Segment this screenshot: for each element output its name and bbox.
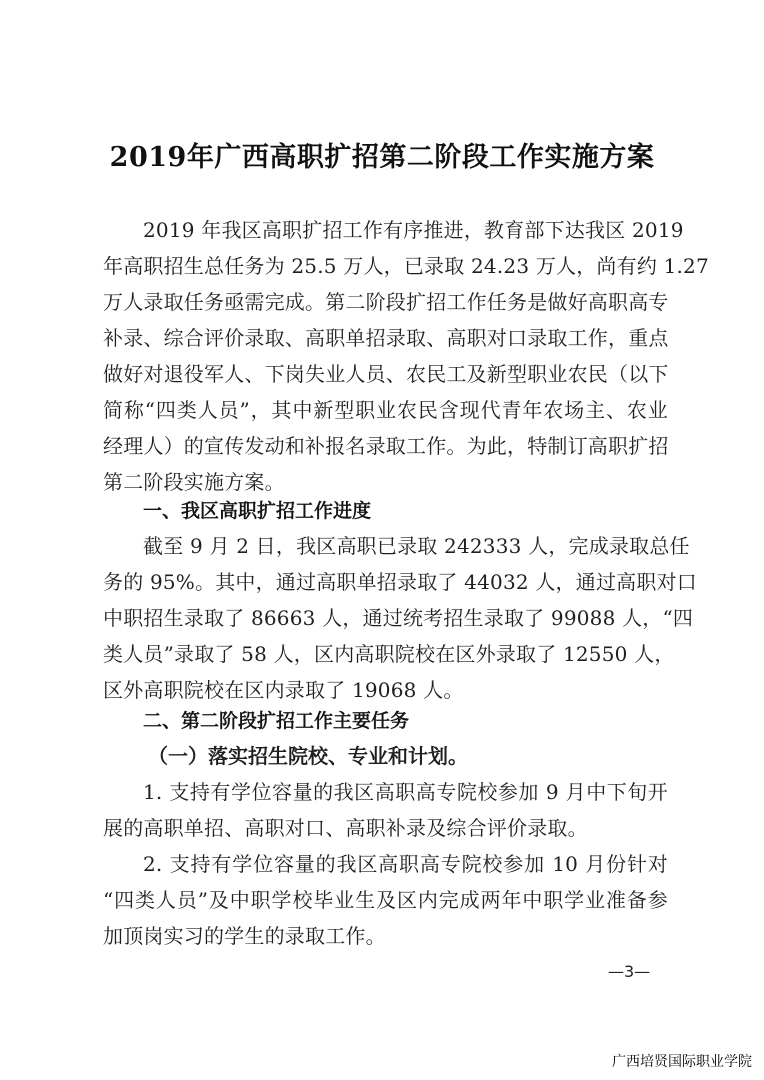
watermark-label: 广西培贤国际职业学院 bbox=[612, 1052, 752, 1072]
paragraph-line: “四类人员”及中职学校毕业生及区内完成两年中职学业准备参 bbox=[103, 884, 668, 916]
paragraph-line: 万人录取任务亟需完成。第二阶段扩招工作任务是做好高职高专 bbox=[103, 286, 668, 318]
paragraph-line: 第二阶段实施方案。 bbox=[103, 466, 668, 498]
paragraph-line: 中职招生录取了 86663 人，通过统考招生录取了 99088 人，“四 bbox=[103, 602, 668, 634]
paragraph-line: 务的 95%。其中，通过高职单招录取了 44032 人，通过高职对口 bbox=[103, 566, 668, 598]
paragraph-line: 加顶岗实习的学生的录取工作。 bbox=[103, 920, 668, 952]
paragraph-line: 经理人）的宣传发动和补报名录取工作。为此，特制订高职扩招 bbox=[103, 430, 668, 462]
document-page: 2019年广西高职扩招第二阶段工作实施方案 2019 年我区高职扩招工作有序推进… bbox=[0, 0, 764, 1080]
paragraph-line: 区外高职院校在区内录取了 19068 人。 bbox=[103, 674, 668, 706]
paragraph-line: 展的高职单招、高职对口、高职补录及综合评价录取。 bbox=[103, 812, 668, 844]
paragraph-line: 截至 9 月 2 日，我区高职已录取 242333 人，完成录取总任 bbox=[143, 530, 668, 562]
section-heading-tasks: 二、第二阶段扩招工作主要任务 bbox=[143, 705, 409, 737]
paragraph-line: 补录、综合评价录取、高职单招录取、高职对口录取工作，重点 bbox=[103, 322, 668, 354]
paragraph-line: 简称“四类人员”，其中新型职业农民含现代青年农场主、农业 bbox=[103, 394, 668, 426]
subsection-heading: （一）落实招生院校、专业和计划。 bbox=[148, 740, 468, 772]
section-heading-progress: 一、我区高职扩招工作进度 bbox=[143, 495, 371, 527]
document-title: 2019年广西高职扩招第二阶段工作实施方案 bbox=[0, 136, 764, 180]
paragraph-line: 2019 年我区高职扩招工作有序推进，教育部下达我区 2019 bbox=[143, 214, 668, 246]
paragraph-line: 2. 支持有学位容量的我区高职高专院校参加 10 月份针对 bbox=[143, 848, 668, 880]
paragraph-line: 做好对退役军人、下岗失业人员、农民工及新型职业农民（以下 bbox=[103, 358, 668, 390]
paragraph-line: 1. 支持有学位容量的我区高职高专院校参加 9 月中下旬开 bbox=[143, 776, 668, 808]
paragraph-line: 类人员”录取了 58 人，区内高职院校在区外录取了 12550 人， bbox=[103, 638, 668, 670]
page-number: —3— bbox=[608, 962, 650, 982]
paragraph-line: 年高职招生总任务为 25.5 万人，已录取 24.23 万人，尚有约 1.27 bbox=[103, 250, 668, 282]
